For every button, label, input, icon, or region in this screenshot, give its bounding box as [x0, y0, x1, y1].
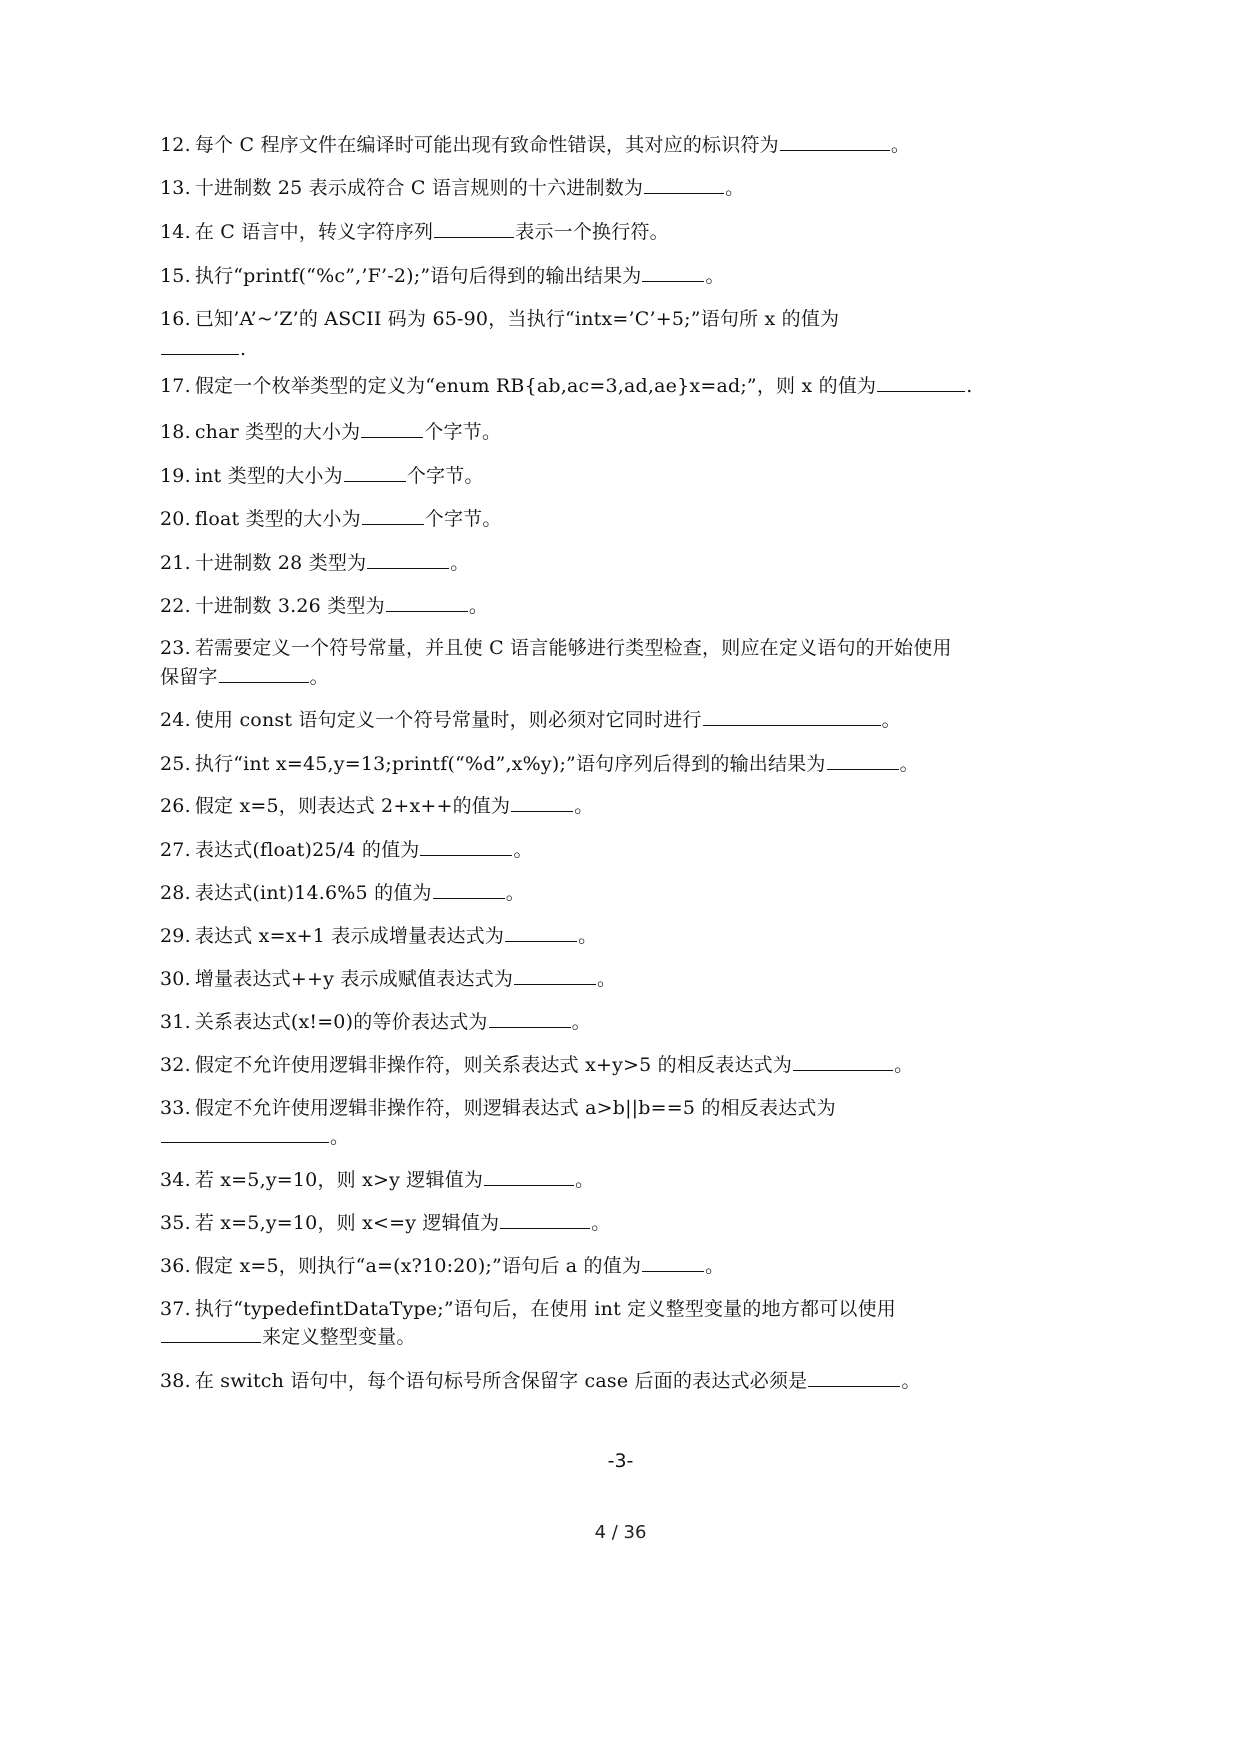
answer-blank [877, 373, 965, 392]
question-number: 34. [160, 1169, 191, 1191]
question-text: 关系表达式(x!=0)的等价表达式为 [195, 1011, 488, 1033]
question-item: 29.表达式 x=x+1 表示成增量表达式为。 [160, 923, 597, 949]
question-text-tail: . [240, 338, 246, 360]
question-text-tail: 。 [506, 882, 525, 904]
question-text: 若需要定义一个符号常量，并且使 C 语言能够进行类型检查，则应在定义语句的开始使… [195, 637, 952, 659]
question-item: 16.已知’A’~’Z’的 ASCII 码为 65-90，当执行“intx=’C… [160, 306, 839, 332]
question-number: 37. [160, 1298, 191, 1320]
answer-blank [808, 1368, 900, 1387]
question-number: 22. [160, 595, 191, 617]
question-text: 假定 x=5，则表达式 2+x++的值为 [195, 795, 510, 817]
question-text: char 类型的大小为 [195, 421, 361, 443]
answer-blank [827, 751, 899, 770]
question-text-tail: 表示一个换行符。 [515, 221, 669, 243]
question-text: 假定不允许使用逻辑非操作符，则逻辑表达式 a>b||b==5 的相反表达式为 [195, 1097, 836, 1119]
question-number: 14. [160, 221, 191, 243]
question-text-tail: 。 [450, 552, 469, 574]
question-item: 35.若 x=5,y=10，则 x<=y 逻辑值为。 [160, 1210, 610, 1236]
question-text-tail: 。 [891, 134, 910, 156]
question-number: 31. [160, 1011, 191, 1033]
question-item: 26.假定 x=5，则表达式 2+x++的值为。 [160, 793, 593, 819]
pager-indicator: 4 / 36 [0, 1522, 1241, 1543]
answer-blank [500, 1210, 590, 1229]
question-number: 18. [160, 421, 191, 443]
question-text: 十进制数 28 类型为 [195, 552, 366, 574]
question-number: 35. [160, 1212, 191, 1234]
question-text: 执行“printf(“%c”,’F’-2);”语句后得到的输出结果为 [195, 265, 642, 287]
question-number: 20. [160, 508, 191, 530]
question-item-continuation: 保留字。 [160, 664, 329, 690]
question-text-tail: 。 [597, 968, 616, 990]
question-item: 30.增量表达式++y 表示成赋值表达式为。 [160, 966, 616, 992]
question-item: 17.假定一个枚举类型的定义为“enum RB{ab,ac=3,ad,ae}x=… [160, 373, 973, 399]
question-text-tail: 。 [901, 1370, 920, 1392]
question-text-tail: . [966, 375, 972, 397]
question-text: 已知’A’~’Z’的 ASCII 码为 65-90，当执行“intx=’C’+5… [195, 308, 839, 330]
question-number: 26. [160, 795, 191, 817]
question-item: 24.使用 const 语句定义一个符号常量时，则必须对它同时进行。 [160, 707, 901, 733]
answer-blank [344, 463, 406, 482]
answer-blank [161, 1124, 329, 1143]
question-text-tail: 。 [725, 177, 744, 199]
question-item: 25.执行“int x=45,y=13;printf(“%d”,x%y);”语句… [160, 751, 919, 777]
answer-blank [780, 132, 890, 151]
question-text-tail: 。 [882, 709, 901, 731]
document-page: 12.每个 C 程序文件在编译时可能出现有致命性错误，其对应的标识符为。13.十… [0, 0, 1241, 1754]
answer-blank [361, 419, 423, 438]
question-item-continuation: 来定义整型变量。 [160, 1324, 416, 1350]
question-text-tail: 。 [330, 1126, 349, 1148]
question-text-tail: 。 [900, 753, 919, 775]
question-text: 表达式(int)14.6%5 的值为 [195, 882, 432, 904]
answer-blank [642, 1253, 704, 1272]
question-text: 假定一个枚举类型的定义为“enum RB{ab,ac=3,ad,ae}x=ad;… [195, 375, 876, 397]
question-text-tail: 个字节。 [407, 465, 484, 487]
question-number: 38. [160, 1370, 191, 1392]
question-text: int 类型的大小为 [195, 465, 343, 487]
question-item: 13.十进制数 25 表示成符合 C 语言规则的十六进制数为。 [160, 175, 744, 201]
question-text: 增量表达式++y 表示成赋值表达式为 [195, 968, 513, 990]
question-item: 23.若需要定义一个符号常量，并且使 C 语言能够进行类型检查，则应在定义语句的… [160, 635, 952, 661]
question-number: 28. [160, 882, 191, 904]
question-text-tail: 个字节。 [424, 421, 501, 443]
question-number: 16. [160, 308, 191, 330]
question-text: float 类型的大小为 [195, 508, 361, 530]
question-text: 假定 x=5，则执行“a=(x?10:20);”语句后 a 的值为 [195, 1255, 641, 1277]
question-text: 执行“typedefintDataType;”语句后，在使用 int 定义整型变… [195, 1298, 896, 1320]
question-text-tail: 。 [572, 1011, 591, 1033]
question-text: 每个 C 程序文件在编译时可能出现有致命性错误，其对应的标识符为 [195, 134, 779, 156]
question-item: 18.char 类型的大小为个字节。 [160, 419, 501, 445]
answer-blank [420, 837, 512, 856]
question-text-tail: 。 [575, 1169, 594, 1191]
question-text-tail: 来定义整型变量。 [262, 1326, 416, 1348]
answer-blank [362, 506, 424, 525]
question-item-continuation: . [160, 336, 246, 362]
answer-blank [434, 219, 514, 238]
question-text-tail: 。 [591, 1212, 610, 1234]
answer-blank [505, 923, 577, 942]
question-number: 19. [160, 465, 191, 487]
answer-blank [219, 664, 309, 683]
question-item: 38.在 switch 语句中，每个语句标号所含保留字 case 后面的表达式必… [160, 1368, 921, 1394]
question-item: 14.在 C 语言中，转义字符序列表示一个换行符。 [160, 219, 669, 245]
question-text: 若 x=5,y=10，则 x>y 逻辑值为 [195, 1169, 483, 1191]
question-number: 30. [160, 968, 191, 990]
question-number: 29. [160, 925, 191, 947]
answer-blank [489, 1009, 571, 1028]
question-item: 22.十进制数 3.26 类型为。 [160, 593, 488, 619]
question-number: 33. [160, 1097, 191, 1119]
answer-blank [793, 1052, 893, 1071]
answer-blank [514, 966, 596, 985]
answer-blank [386, 593, 468, 612]
question-text-tail: 。 [574, 795, 593, 817]
question-item: 33.假定不允许使用逻辑非操作符，则逻辑表达式 a>b||b==5 的相反表达式… [160, 1095, 836, 1121]
question-item: 12.每个 C 程序文件在编译时可能出现有致命性错误，其对应的标识符为。 [160, 132, 910, 158]
question-number: 15. [160, 265, 191, 287]
question-text-tail: 。 [310, 666, 329, 688]
question-number: 27. [160, 839, 191, 861]
answer-blank [484, 1167, 574, 1186]
question-item: 31.关系表达式(x!=0)的等价表达式为。 [160, 1009, 591, 1035]
question-number: 21. [160, 552, 191, 574]
question-text: 执行“int x=45,y=13;printf(“%d”,x%y);”语句序列后… [195, 753, 826, 775]
question-text: 在 switch 语句中，每个语句标号所含保留字 case 后面的表达式必须是 [195, 1370, 808, 1392]
question-number: 12. [160, 134, 191, 156]
question-item: 21.十进制数 28 类型为。 [160, 550, 470, 576]
question-item: 15.执行“printf(“%c”,’F’-2);”语句后得到的输出结果为。 [160, 263, 725, 289]
question-item: 36.假定 x=5，则执行“a=(x?10:20);”语句后 a 的值为。 [160, 1253, 724, 1279]
answer-blank [644, 175, 724, 194]
question-number: 17. [160, 375, 191, 397]
question-number: 24. [160, 709, 191, 731]
question-text-tail: 。 [513, 839, 532, 861]
question-item: 32.假定不允许使用逻辑非操作符，则关系表达式 x+y>5 的相反表达式为。 [160, 1052, 913, 1078]
question-text: 若 x=5,y=10，则 x<=y 逻辑值为 [195, 1212, 499, 1234]
question-number: 25. [160, 753, 191, 775]
question-text-tail: 。 [705, 265, 724, 287]
question-text-tail: 。 [705, 1255, 724, 1277]
question-item: 34.若 x=5,y=10，则 x>y 逻辑值为。 [160, 1167, 594, 1193]
question-item: 27.表达式(float)25/4 的值为。 [160, 837, 533, 863]
question-text: 在 C 语言中，转义字符序列 [195, 221, 433, 243]
question-text: 十进制数 25 表示成符合 C 语言规则的十六进制数为 [195, 177, 643, 199]
question-text: 假定不允许使用逻辑非操作符，则关系表达式 x+y>5 的相反表达式为 [195, 1054, 792, 1076]
question-text-tail: 。 [469, 595, 488, 617]
question-number: 32. [160, 1054, 191, 1076]
question-text: 保留字 [160, 666, 218, 688]
question-text: 表达式 x=x+1 表示成增量表达式为 [195, 925, 504, 947]
question-number: 36. [160, 1255, 191, 1277]
answer-blank [433, 880, 505, 899]
page-number: -3- [0, 1450, 1241, 1472]
question-number: 23. [160, 637, 191, 659]
answer-blank [161, 336, 239, 355]
answer-blank [511, 793, 573, 812]
question-item: 28.表达式(int)14.6%5 的值为。 [160, 880, 525, 906]
question-text-tail: 。 [578, 925, 597, 947]
answer-blank [703, 707, 881, 726]
question-item: 20.float 类型的大小为个字节。 [160, 506, 502, 532]
question-text-tail: 个字节。 [425, 508, 502, 530]
answer-blank [161, 1324, 261, 1343]
question-text: 表达式(float)25/4 的值为 [195, 839, 420, 861]
question-item: 19.int 类型的大小为个字节。 [160, 463, 484, 489]
question-item-continuation: 。 [160, 1124, 349, 1150]
question-text: 使用 const 语句定义一个符号常量时，则必须对它同时进行 [195, 709, 702, 731]
question-text: 十进制数 3.26 类型为 [195, 595, 385, 617]
question-text-tail: 。 [894, 1054, 913, 1076]
question-number: 13. [160, 177, 191, 199]
answer-blank [642, 263, 704, 282]
answer-blank [367, 550, 449, 569]
question-item: 37.执行“typedefintDataType;”语句后，在使用 int 定义… [160, 1296, 896, 1322]
